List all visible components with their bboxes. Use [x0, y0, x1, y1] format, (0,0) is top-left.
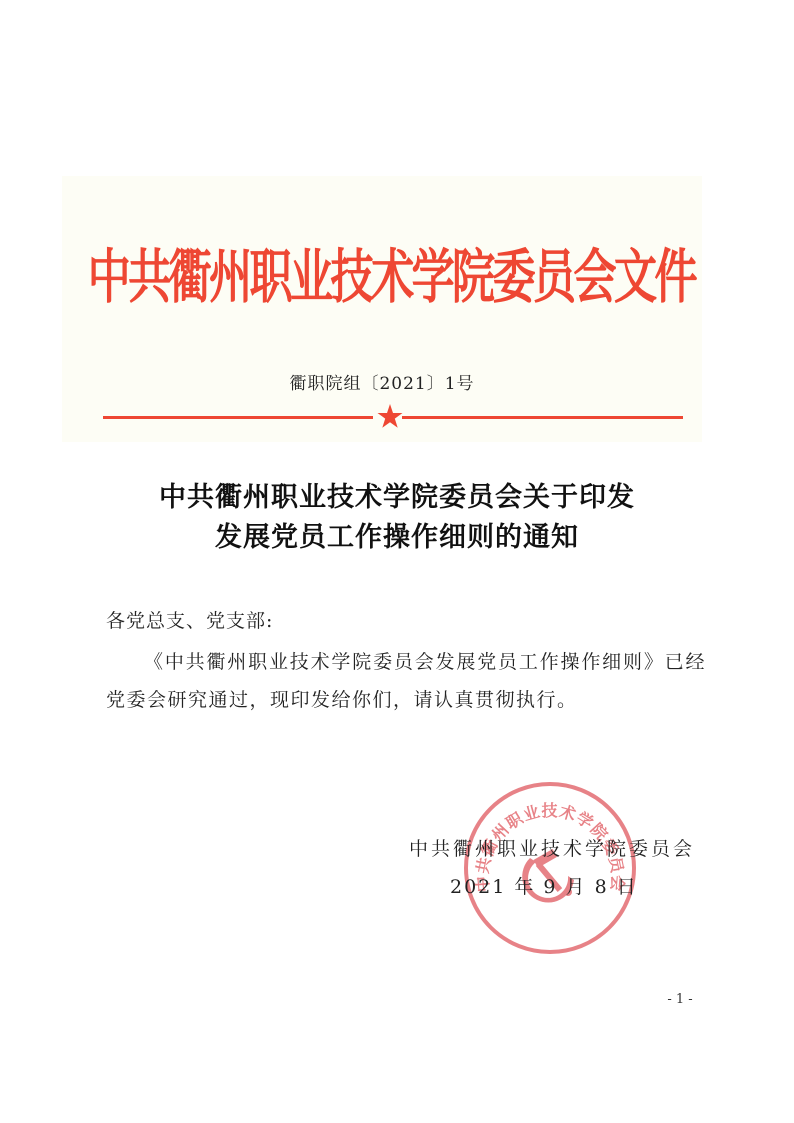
- star-icon: [377, 403, 403, 429]
- salutation: 各党总支、党支部:: [106, 607, 273, 635]
- red-divider-right: [402, 416, 683, 419]
- red-divider-left: [103, 416, 373, 419]
- signing-organization: 中共衢州职业技术学院委员会: [409, 835, 695, 863]
- document-number: 衢职院组〔2021〕1号: [62, 372, 702, 396]
- page-number: - 1 -: [660, 991, 700, 1009]
- signing-date: 2021 年 9 月 8 日: [450, 873, 638, 901]
- document-masthead: 中共衢州职业技术学院委员会文件: [88, 228, 677, 328]
- title-line-2: 发展党员工作操作细则的通知: [60, 518, 734, 558]
- official-seal-icon: 中共衢州职业技术学院委员会: [462, 780, 638, 956]
- notice-title: 中共衢州职业技术学院委员会关于印发 发展党员工作操作细则的通知: [60, 478, 734, 558]
- body-paragraph: 《中共衢州职业技术学院委员会发展党员工作操作细则》已经党委会研究通过，现印发给你…: [106, 643, 706, 719]
- title-line-1: 中共衢州职业技术学院委员会关于印发: [60, 478, 734, 518]
